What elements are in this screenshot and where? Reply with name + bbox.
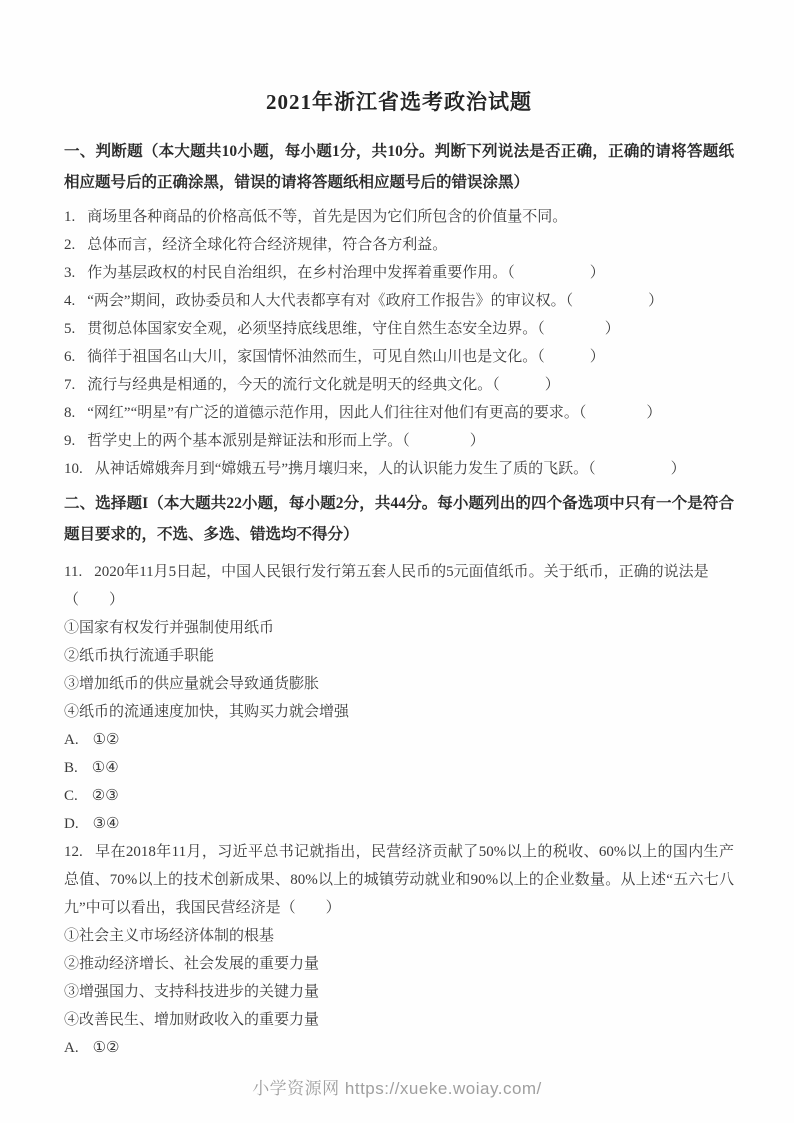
page-title: 2021年浙江省选考政治试题 (64, 86, 734, 116)
question-text: 流行与经典是相通的，今天的流行文化就是明天的经典文化。（ ） (87, 377, 560, 393)
question-number: 1. (64, 209, 75, 225)
question-11-statement-2: ②纸币执行流通手职能 (64, 642, 734, 670)
question-12-statement-2: ②推动经济增长、社会发展的重要力量 (64, 950, 734, 978)
option-value: ③④ (93, 816, 120, 832)
option-value: ①④ (92, 760, 119, 776)
question-number: 9. (64, 433, 75, 449)
question-number: 3. (64, 265, 75, 281)
option-label: A. (64, 1040, 79, 1056)
question-text: 徜徉于祖国名山大川，家国情怀油然而生，可见自然山川也是文化。（ ） (87, 349, 605, 365)
exam-document-page: 2021年浙江省选考政治试题 一、判断题（本大题共10小题，每小题1分，共10分… (0, 0, 794, 1123)
question-11-option-c: C.②③ (64, 782, 734, 810)
question-number: 11. (64, 564, 82, 580)
option-label: D. (64, 816, 79, 832)
question-12-statement-1: ①社会主义市场经济体制的根基 (64, 922, 734, 950)
question-5: 5.贯彻总体国家安全观，必须坚持底线思维，守住自然生态安全边界。（ ） (64, 315, 734, 343)
option-value: ②③ (92, 788, 119, 804)
question-number: 2. (64, 237, 75, 253)
question-text: 早在2018年11月，习近平总书记就指出，民营经济贡献了50%以上的税收、60%… (64, 844, 734, 916)
question-text: 贯彻总体国家安全观，必须坚持底线思维，守住自然生态安全边界。（ ） (87, 321, 620, 337)
question-6: 6.徜徉于祖国名山大川，家国情怀油然而生，可见自然山川也是文化。（ ） (64, 343, 734, 371)
option-label: B. (64, 760, 78, 776)
question-7: 7.流行与经典是相通的，今天的流行文化就是明天的经典文化。（ ） (64, 371, 734, 399)
question-text: 哲学史上的两个基本派别是辩证法和形而上学。（ ） (87, 433, 485, 449)
question-1: 1.商场里各种商品的价格高低不等，首先是因为它们所包含的价值量不同。 (64, 203, 734, 231)
question-11-answer-blank: （ ） (64, 586, 734, 614)
question-11-option-b: B.①④ (64, 754, 734, 782)
question-12: 12.早在2018年11月，习近平总书记就指出，民营经济贡献了50%以上的税收、… (64, 838, 734, 922)
section-1-heading: 一、判断题（本大题共10小题，每小题1分，共10分。判断下列说法是否正确，正确的… (64, 136, 734, 198)
question-text: 2020年11月5日起，中国人民银行发行第五套人民币的5元面值纸币。关于纸币，正… (94, 564, 708, 580)
question-text: “网红”“明星”有广泛的道德示范作用，因此人们往往对他们有更高的要求。（ ） (87, 405, 661, 421)
question-11-option-a: A.①② (64, 726, 734, 754)
option-label: A. (64, 732, 79, 748)
question-12-statement-4: ④改善民生、增加财政收入的重要力量 (64, 1006, 734, 1034)
question-2: 2.总体而言，经济全球化符合经济规律，符合各方利益。 (64, 231, 734, 259)
question-number: 12. (64, 844, 83, 860)
question-number: 4. (64, 293, 75, 309)
question-11: 11.2020年11月5日起，中国人民银行发行第五套人民币的5元面值纸币。关于纸… (64, 558, 734, 586)
question-number: 8. (64, 405, 75, 421)
question-8: 8.“网红”“明星”有广泛的道德示范作用，因此人们往往对他们有更高的要求。（ ） (64, 399, 734, 427)
question-number: 6. (64, 349, 75, 365)
question-text: 总体而言，经济全球化符合经济规律，符合各方利益。 (87, 237, 447, 253)
question-10: 10.从神话嫦娥奔月到“嫦娥五号”携月壤归来，人的认识能力发生了质的飞跃。（ ） (64, 455, 734, 483)
option-value: ①② (93, 1040, 120, 1056)
question-11-statement-3: ③增加纸币的供应量就会导致通货膨胀 (64, 670, 734, 698)
question-4: 4.“两会”期间，政协委员和人大代表都享有对《政府工作报告》的审议权。（ ） (64, 287, 734, 315)
footer-watermark: 小学资源网 https://xueke.woiay.com/ (0, 1074, 794, 1099)
question-11-statement-4: ④纸币的流通速度加快，其购买力就会增强 (64, 698, 734, 726)
question-number: 10. (64, 461, 83, 477)
question-3: 3.作为基层政权的村民自治组织，在乡村治理中发挥着重要作用。（ ） (64, 259, 734, 287)
question-12-option-a: A.①② (64, 1034, 734, 1062)
question-number: 7. (64, 377, 75, 393)
option-label: C. (64, 788, 78, 804)
question-text: 商场里各种商品的价格高低不等，首先是因为它们所包含的价值量不同。 (87, 209, 567, 225)
question-text: “两会”期间，政协委员和人大代表都享有对《政府工作报告》的审议权。（ ） (87, 293, 663, 309)
question-text: 作为基层政权的村民自治组织，在乡村治理中发挥着重要作用。（ ） (87, 265, 605, 281)
question-11-statement-1: ①国家有权发行并强制使用纸币 (64, 614, 734, 642)
question-text: 从神话嫦娥奔月到“嫦娥五号”携月壤归来，人的认识能力发生了质的飞跃。（ ） (95, 461, 686, 477)
section-2-heading: 二、选择题I（本大题共22小题，每小题2分，共44分。每小题列出的四个备选项中只… (64, 488, 734, 550)
question-number: 5. (64, 321, 75, 337)
question-11-option-d: D.③④ (64, 810, 734, 838)
option-value: ①② (93, 732, 120, 748)
question-9: 9.哲学史上的两个基本派别是辩证法和形而上学。（ ） (64, 427, 734, 455)
question-12-statement-3: ③增强国力、支持科技进步的关键力量 (64, 978, 734, 1006)
